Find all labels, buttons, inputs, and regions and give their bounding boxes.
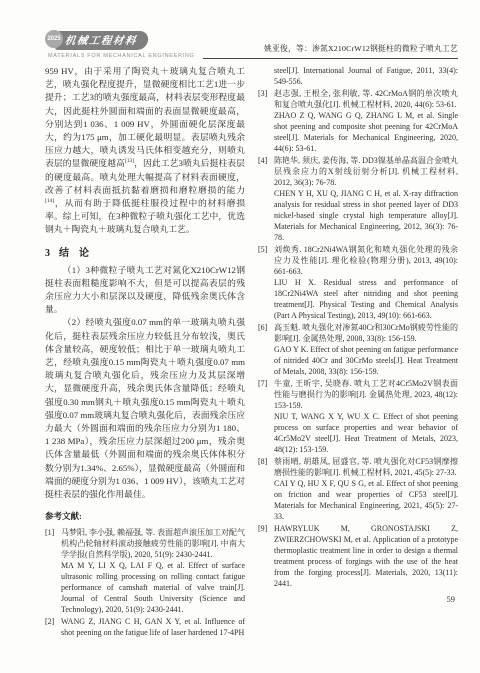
page-header: 2025 机械工程材料 MATERIALS FOR MECHANICAL ENG… (45, 30, 458, 59)
journal-year: 2025 (47, 36, 60, 42)
reference-text: 陈艳华, 须庆, 姜传海, 等. DD3镍基单晶高温合金喷丸层残余应力的X射线衍… (274, 155, 458, 243)
citation-marker-14: [14] (45, 198, 54, 204)
reference-line: CHEN Y H, XU Q, JIANG C H, et al. X-ray … (274, 188, 458, 243)
journal-name-en: MATERIALS FOR MECHANICAL ENGINEERING (48, 53, 195, 59)
conclusion-paragraph-2: （2）经喷丸强度0.07 mm的单一玻璃丸喷丸强化后，挺柱表层残余压应力较低且分… (45, 316, 245, 501)
reference-line: ZHAO Z Q, WANG G Q, ZHANG L M, et al. Si… (274, 110, 458, 154)
reference-item: [7] 牛童, 王昕宇, 吴晓春. 喷丸工艺对4Cr5Mo2V钢表面性能与磨损行… (258, 378, 458, 455)
journal-name-cn: 机械工程材料 (64, 35, 138, 47)
reference-text: WANG Z, JIANG C H, GAN X Y, et al. Influ… (61, 616, 245, 638)
reference-line: 蔡雨晴, 胡雄凤, 屈盛官, 等. 喷丸强化对CF53钢摩擦磨损性能的影响[J]… (274, 456, 458, 478)
right-column: steel[J]. International Journal of Fatig… (258, 65, 458, 639)
reference-line: WANG Z, JIANG C H, GAN X Y, et al. Influ… (61, 616, 245, 638)
reference-item: [4] 陈艳华, 须庆, 姜传海, 等. DD3镍基单晶高温合金喷丸层残余应力的… (258, 155, 458, 243)
reference-number: [4] (258, 155, 274, 243)
reference-number: [2] (45, 616, 61, 638)
reference-line: 刘焕秀. 18Cr2Ni4WA钢氮化和喷丸强化处理的残余应力及性能[J]. 理化… (274, 244, 458, 277)
reference-line: 赵志强, 王根全, 张利敏, 等. 42CrMoA钢的单次喷丸和复合喷丸强化[J… (274, 88, 458, 110)
reference-number: [9] (258, 523, 274, 589)
page-number: 59 (258, 594, 458, 604)
left-column: 959 HV，由于采用了陶瓷丸＋玻璃丸复合喷丸工艺，喷丸强化程度提升，显微硬度相… (45, 65, 245, 639)
reference-item: [2] WANG Z, JIANG C H, GAN X Y, et al. I… (45, 616, 245, 638)
reference-text: 赵志强, 王根全, 张利敏, 等. 42CrMoA钢的单次喷丸和复合喷丸强化[J… (274, 88, 458, 154)
conclusion-paragraph-1: （1）3种微粒子喷丸工艺对氮化X210CrW12钢挺柱表面粗糙度影响不大，但是可… (45, 264, 245, 317)
reference-number: [1] (45, 527, 61, 615)
journal-name-banner: 机械工程材料 (55, 31, 150, 50)
reference-item: [6] 高玉魁. 喷丸强化对渗氮40Cr和30CrMo钢疲劳性能的影响[J]. … (258, 322, 458, 377)
reference-text: 牛童, 王昕宇, 吴晓春. 喷丸工艺对4Cr5Mo2V钢表面性能与磨损行为的影响… (274, 378, 458, 455)
journal-year-badge: 2025 (45, 30, 63, 48)
reference-text: 马梦阳, 李小强, 赖福强, 等. 表面超声滚压加工对配气机构凸轮轴材料滚动接触… (61, 527, 245, 615)
reference-line: NIU T, WANG X Y, WU X C. Effect of shot … (274, 411, 458, 455)
paragraph-text: 959 HV，由于采用了陶瓷丸＋玻璃丸复合喷丸工艺，喷丸强化程度提升，显微硬度相… (45, 66, 245, 168)
reference-line: MA M Y, LI X Q, LAI F Q, et al. Effect o… (61, 560, 245, 615)
journal-page: 2025 机械工程材料 MATERIALS FOR MECHANICAL ENG… (0, 0, 480, 673)
references-list-left: [1] 马梦阳, 李小强, 赖福强, 等. 表面超声滚压加工对配气机构凸轮轴材料… (45, 527, 245, 638)
reference-number: [7] (258, 378, 274, 455)
reference-line: GAO Y K. Effect of shot peening on fatig… (274, 344, 458, 377)
citation-marker-13: [13] (125, 159, 134, 165)
reference-number: [5] (258, 244, 274, 321)
reference-line: 高玉魁. 喷丸强化对渗氮40Cr和30CrMo钢疲劳性能的影响[J]. 金属热处… (274, 322, 458, 344)
reference-number: [3] (258, 88, 274, 154)
reference-item: [3] 赵志强, 王根全, 张利敏, 等. 42CrMoA钢的单次喷丸和复合喷丸… (258, 88, 458, 154)
running-title: 姚亚俊，等：渗氮X210CrW12钢挺柱的微粒子喷丸工艺 (264, 44, 458, 53)
reference-line: LIU H X. Residual stress and performance… (274, 277, 458, 321)
reference-item: [5] 刘焕秀. 18Cr2Ni4WA钢氮化和喷丸强化处理的残余应力及性能[J]… (258, 244, 458, 321)
reference-text: 刘焕秀. 18Cr2Ni4WA钢氮化和喷丸强化处理的残余应力及性能[J]. 理化… (274, 244, 458, 321)
reference-text: 高玉魁. 喷丸强化对渗氮40Cr和30CrMo钢疲劳性能的影响[J]. 金属热处… (274, 322, 458, 377)
reference-line: 牛童, 王昕宇, 吴晓春. 喷丸工艺对4Cr5Mo2V钢表面性能与磨损行为的影响… (274, 378, 458, 411)
reference-item: steel[J]. International Journal of Fatig… (258, 65, 458, 87)
reference-number: [8] (258, 456, 274, 522)
reference-line: 马梦阳, 李小强, 赖福强, 等. 表面超声滚压加工对配气机构凸轮轴材料滚动接触… (61, 527, 245, 560)
section-heading-conclusion: 3结 论 (45, 244, 245, 259)
reference-number (258, 65, 274, 87)
reference-number: [6] (258, 322, 274, 377)
reference-line: 陈艳华, 须庆, 姜传海, 等. DD3镍基单晶高温合金喷丸层残余应力的X射线衍… (274, 155, 458, 188)
running-title-area: 姚亚俊，等：渗氮X210CrW12钢挺柱的微粒子喷丸工艺 (203, 38, 458, 59)
reference-text: HAWRYLUK M, GRONOSTAJSKI Z, ZWIERZCHOWSK… (274, 523, 458, 589)
reference-line: steel[J]. International Journal of Fatig… (274, 65, 458, 87)
reference-text: 蔡雨晴, 胡雄凤, 屈盛官, 等. 喷丸强化对CF53钢摩擦磨损性能的影响[J]… (274, 456, 458, 522)
reference-item: [9] HAWRYLUK M, GRONOSTAJSKI Z, ZWIERZCH… (258, 523, 458, 589)
reference-text: steel[J]. International Journal of Fatig… (274, 65, 458, 87)
reference-line: HAWRYLUK M, GRONOSTAJSKI Z, ZWIERZCHOWSK… (274, 523, 458, 589)
journal-logo-mark: 2025 机械工程材料 (45, 30, 195, 51)
two-column-body: 959 HV，由于采用了陶瓷丸＋玻璃丸复合喷丸工艺，喷丸强化程度提升，显微硬度相… (45, 65, 458, 639)
paragraph-continuation: 959 HV，由于采用了陶瓷丸＋玻璃丸复合喷丸工艺，喷丸强化程度提升，显微硬度相… (45, 65, 245, 237)
reference-item: [8] 蔡雨晴, 胡雄凤, 屈盛官, 等. 喷丸强化对CF53钢摩擦磨损性能的影… (258, 456, 458, 522)
references-heading: 参考文献: (45, 510, 245, 522)
references-list-right: steel[J]. International Journal of Fatig… (258, 65, 458, 589)
reference-line: CAI Y Q, HU X F, QU S G, et al. Effect o… (274, 478, 458, 522)
journal-logo: 2025 机械工程材料 MATERIALS FOR MECHANICAL ENG… (45, 30, 195, 59)
paragraph-text: ，从而有助于降低挺柱服役过程中的材料磨损率。综上可知，在3种微粒子喷丸强化工艺中… (45, 198, 245, 234)
reference-item: [1] 马梦阳, 李小强, 赖福强, 等. 表面超声滚压加工对配气机构凸轮轴材料… (45, 527, 245, 615)
section-number: 3 (45, 248, 50, 259)
section-title: 结 论 (59, 248, 89, 259)
